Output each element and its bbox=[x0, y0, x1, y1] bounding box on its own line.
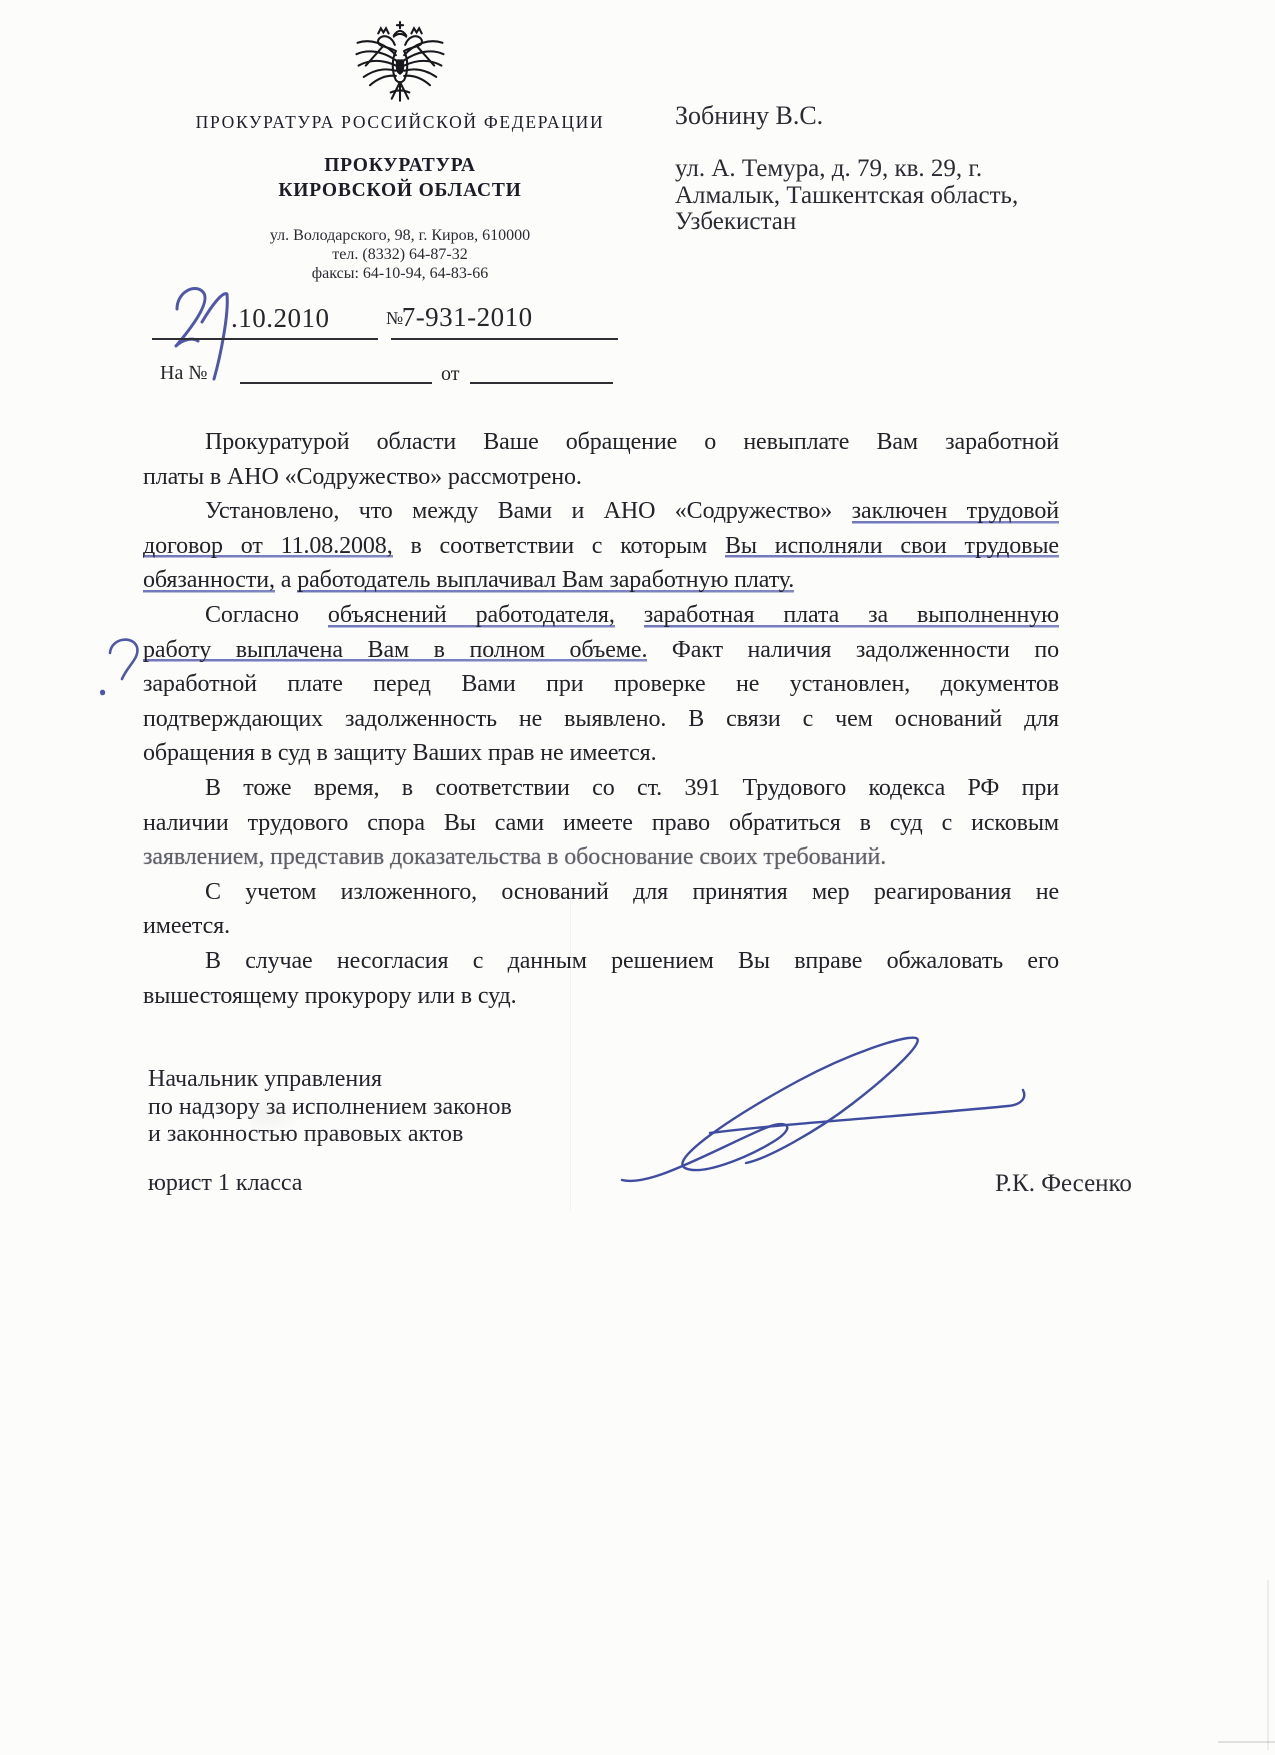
body-line: имеется. bbox=[143, 909, 1059, 944]
handwritten-question-mark bbox=[92, 630, 147, 705]
body-line: заявлением, представив доказательства в … bbox=[143, 840, 1059, 875]
signer-position: Начальник управления по надзору за испол… bbox=[148, 1066, 512, 1149]
recipient-name: Зобнину В.С. bbox=[675, 101, 823, 131]
scan-edge-shadow bbox=[1267, 1580, 1269, 1750]
body-line: Прокуратурой области Ваше обращение о не… bbox=[143, 425, 1059, 460]
hand-underlined-text: работодатель выплачивал Вам заработную п… bbox=[297, 567, 794, 593]
number-value: 7-931-2010 bbox=[402, 302, 533, 332]
coat-of-arms-emblem bbox=[353, 20, 447, 108]
ot-blank-line bbox=[470, 382, 613, 384]
signer-position-line: по надзору за исполнением законов bbox=[148, 1094, 512, 1122]
letterhead-federation-line: ПРОКУРАТУРА РОССИЙСКОЙ ФЕДЕРАЦИИ bbox=[95, 112, 705, 133]
body-line: работу выплачена Вам в полном объеме. Фа… bbox=[143, 633, 1059, 668]
ot-label: от bbox=[441, 363, 459, 386]
body-line: обращения в суд в защиту Ваших прав не и… bbox=[143, 736, 1059, 771]
signer-name: Р.К. Фесенко bbox=[995, 1170, 1132, 1198]
na-no-label: На № bbox=[160, 362, 207, 385]
letterhead-org-line2: КИРОВСКОЙ ОБЛАСТИ bbox=[95, 178, 705, 203]
body-line: Согласно объяснений работодателя, зарабо… bbox=[143, 598, 1059, 633]
body-line: С учетом изложенного, оснований для прин… bbox=[143, 875, 1059, 910]
na-no-blank-line bbox=[240, 382, 432, 384]
scan-crease bbox=[570, 880, 571, 1210]
body-line: заработной плате перед Вами при проверке… bbox=[143, 667, 1059, 702]
hand-underlined-text: заработная плата за выполненную bbox=[644, 602, 1059, 628]
hand-underlined-text: объяснений работодателя, bbox=[328, 602, 615, 628]
body-line: вышестоящему прокурору или в суд. bbox=[143, 979, 1059, 1014]
date-underline bbox=[152, 338, 378, 340]
letterhead-org-name: ПРОКУРАТУРА КИРОВСКОЙ ОБЛАСТИ bbox=[95, 153, 705, 203]
handwritten-signature bbox=[560, 1010, 1050, 1200]
body-line: обязанности, а работодатель выплачивал В… bbox=[143, 563, 1059, 598]
recipient-address-line: ул. А. Темура, д. 79, кв. 29, г. bbox=[675, 156, 1055, 183]
signer-rank: юрист 1 класса bbox=[148, 1170, 302, 1197]
letterhead-address: ул. Володарского, 98, г. Киров, 610000 bbox=[95, 226, 705, 245]
letter-body: Прокуратурой области Ваше обращение о не… bbox=[143, 425, 1059, 1013]
hand-underlined-text: обязанности, bbox=[143, 567, 275, 593]
hand-underlined-text: договор от 11.08.2008, bbox=[143, 533, 393, 559]
body-line: платы в АНО «Содружество» рассмотрено. bbox=[143, 460, 1059, 495]
body-line: подтверждающих задолженность не выявлено… bbox=[143, 702, 1059, 737]
outgoing-number: №7-931-2010 bbox=[386, 302, 533, 333]
number-underline bbox=[391, 338, 618, 340]
hand-underlined-text: заключен трудовой bbox=[852, 498, 1059, 524]
body-line: В тоже время, в соответствии со ст. 391 … bbox=[143, 771, 1059, 806]
body-line: Установлено, что между Вами и АНО «Содру… bbox=[143, 494, 1059, 529]
hand-underlined-text: работу выплачена Вам в полном объеме. bbox=[143, 637, 647, 663]
scan-corner-mark bbox=[1218, 1741, 1275, 1743]
hand-underlined-text: Вы исполняли свои трудовые bbox=[725, 533, 1059, 559]
body-line: договор от 11.08.2008, в соответствии с … bbox=[143, 529, 1059, 564]
body-line: В случае несогласия с данным решением Вы… bbox=[143, 944, 1059, 979]
letterhead-phone: тел. (8332) 64-87-32 bbox=[95, 245, 705, 264]
recipient-address-line: Алмалык, Ташкентская область, bbox=[675, 183, 1055, 210]
date-typed: .10.2010 bbox=[231, 303, 330, 334]
body-line: наличии трудового спора Вы сами имеете п… bbox=[143, 806, 1059, 841]
recipient-address: ул. А. Темура, д. 79, кв. 29, г. Алмалык… bbox=[675, 156, 1055, 236]
signer-position-line: и законностью правовых актов bbox=[148, 1121, 512, 1149]
scanned-letter-page: ПРОКУРАТУРА РОССИЙСКОЙ ФЕДЕРАЦИИ ПРОКУРА… bbox=[0, 0, 1275, 1755]
scan-smudge bbox=[250, 1098, 310, 1138]
letterhead-org-line1: ПРОКУРАТУРА bbox=[95, 153, 705, 178]
recipient-address-line: Узбекистан bbox=[675, 209, 1055, 236]
signer-position-line: Начальник управления bbox=[148, 1066, 512, 1094]
